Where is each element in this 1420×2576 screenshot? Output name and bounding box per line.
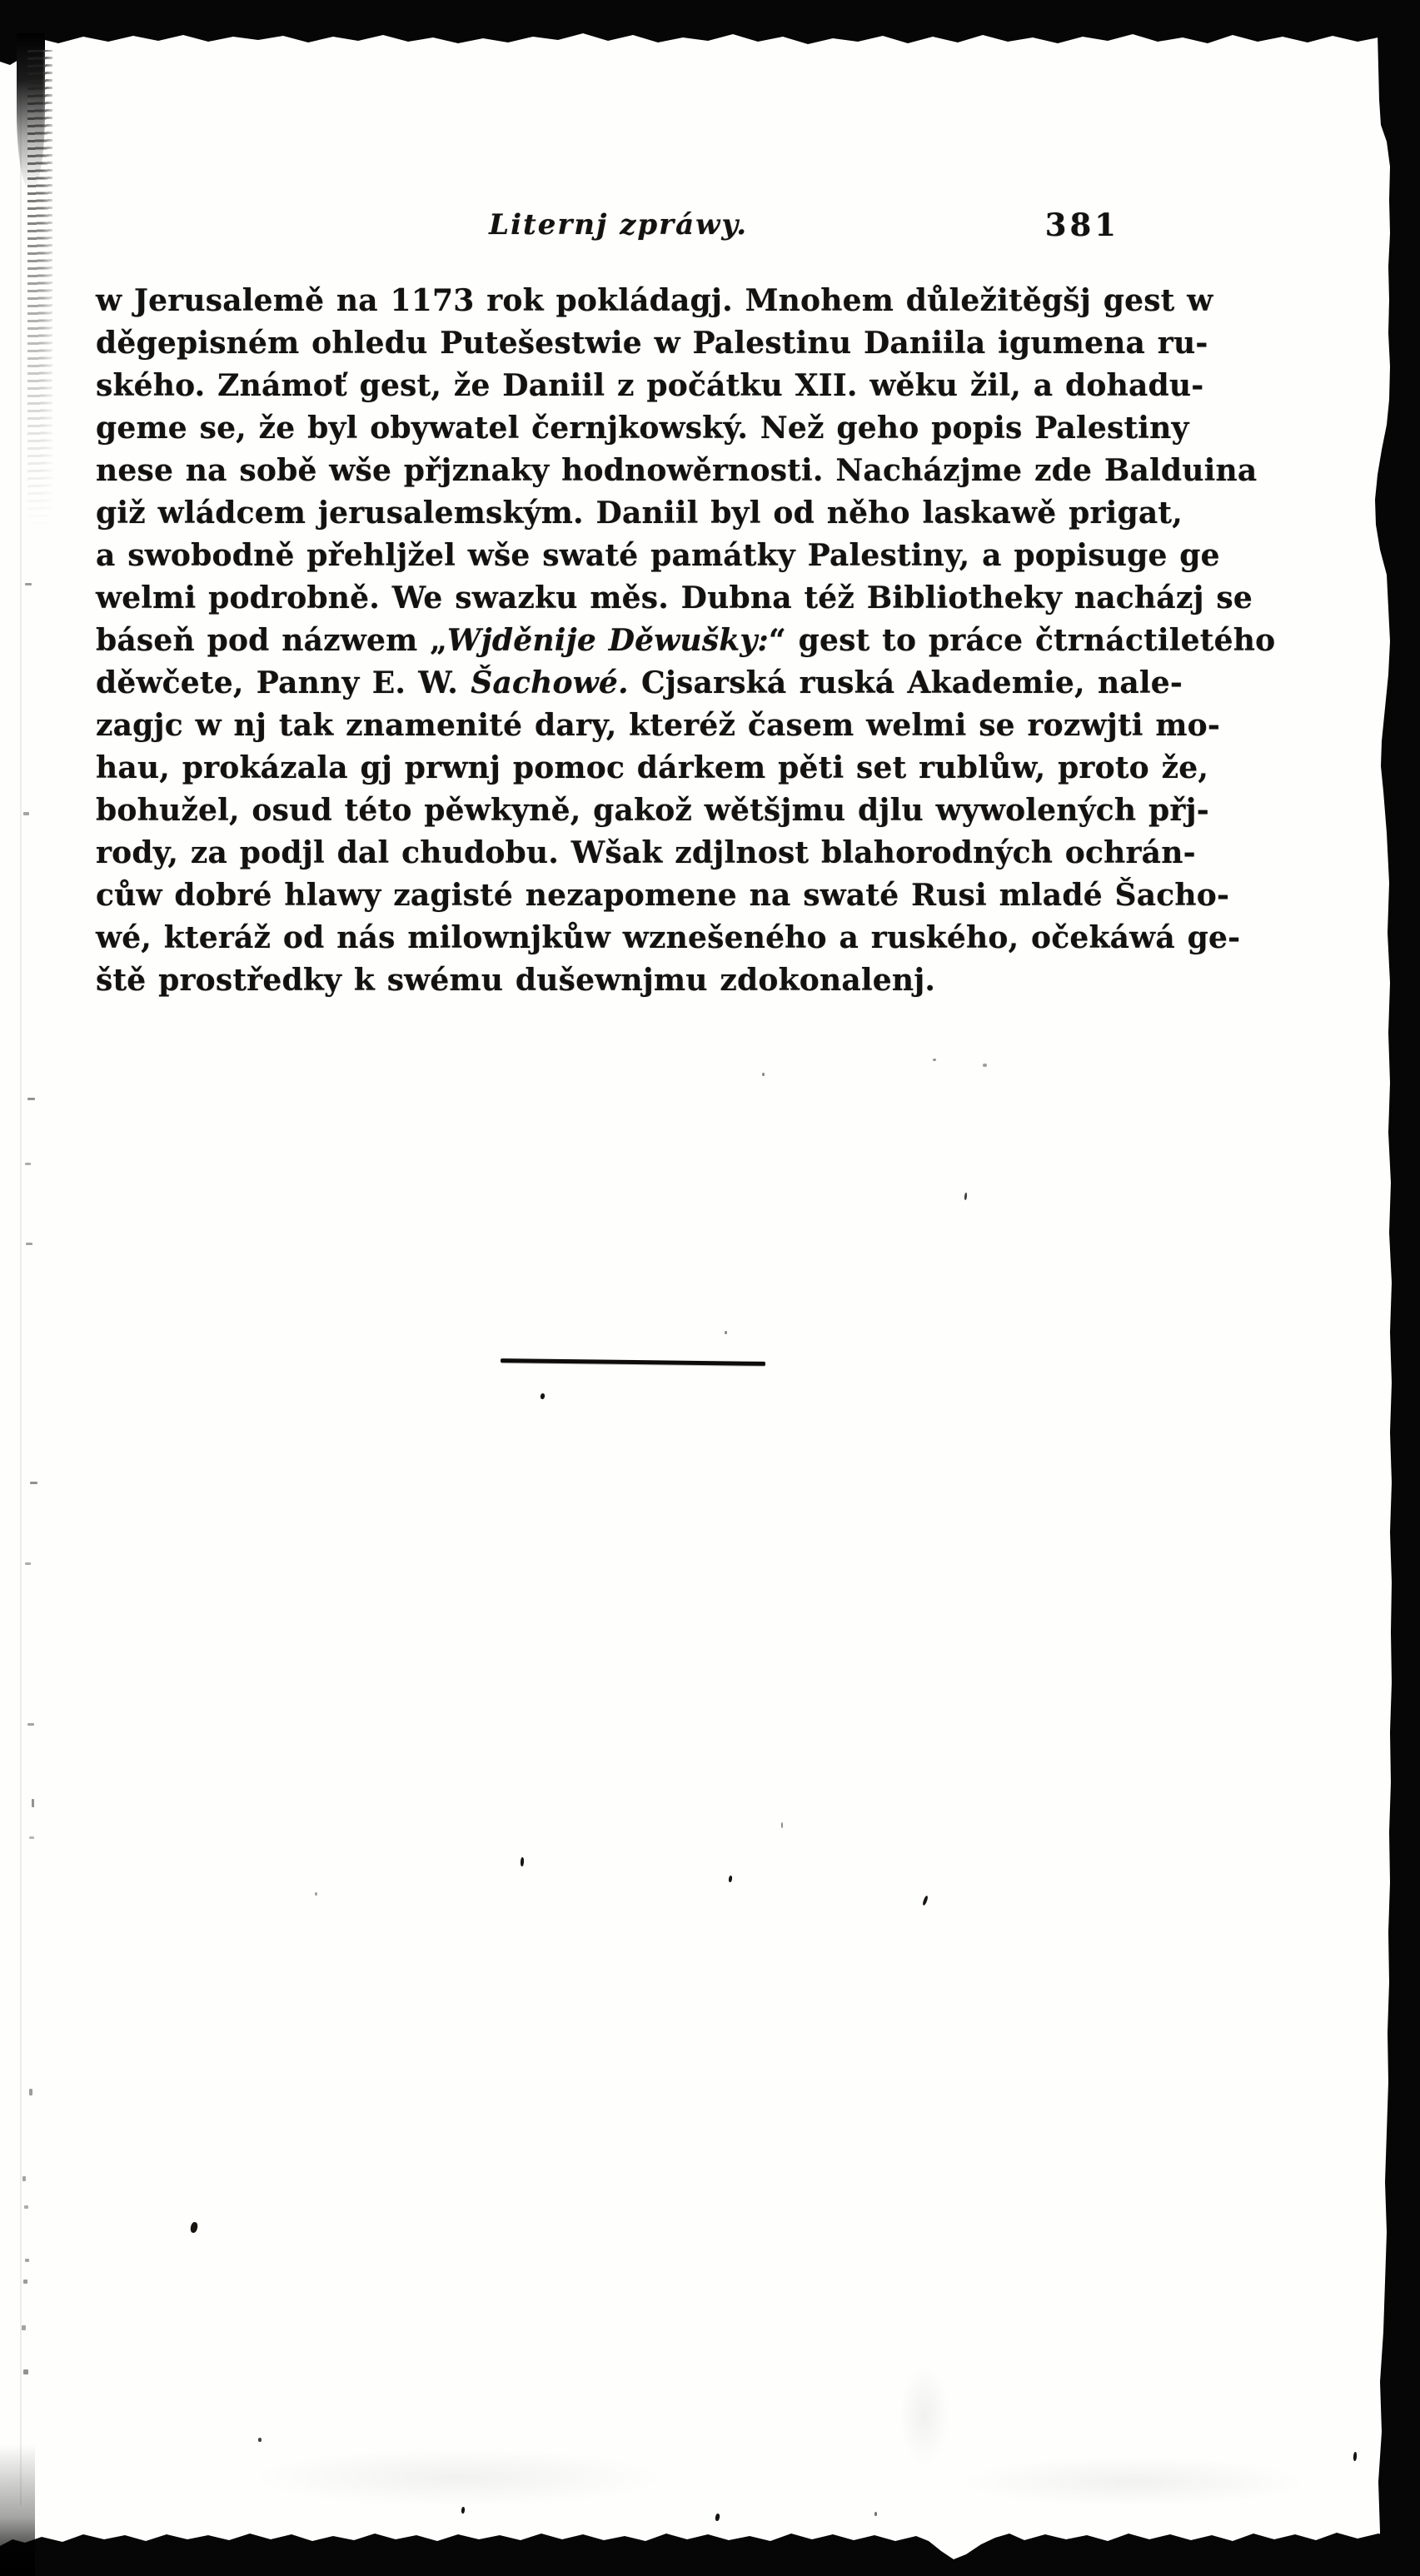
left-edge-streak	[27, 50, 52, 529]
text-line: geme se, že byl obywatel černjkowský. Ne…	[96, 407, 1183, 450]
ink-speck	[874, 2512, 877, 2516]
text-line: wé, kteráž od nás milownjkůw wznešeného …	[96, 917, 1183, 959]
page-number: 381	[1045, 207, 1119, 243]
ink-speck	[725, 1331, 727, 1334]
ink-speck	[190, 2221, 199, 2233]
text-line: ště prostředky k swému dušewnjmu zdokona…	[96, 959, 1183, 1002]
paper-smudge	[899, 2365, 949, 2465]
page-header: Liternj zpráwy. 381	[96, 208, 1183, 247]
poem-title-italic: Wjděnije Děwušky:	[447, 623, 769, 658]
ink-speck	[461, 2507, 466, 2514]
ink-speck	[964, 1193, 968, 1200]
edge-dash	[27, 1098, 35, 1100]
edge-dash	[25, 1562, 31, 1565]
text-segment: Cjsarská ruská Akademie, nale-	[629, 665, 1183, 700]
edge-dash	[29, 1836, 34, 1839]
ink-speck	[1353, 2452, 1358, 2461]
text-line: a swobodně přehljžel wše swaté památky P…	[96, 535, 1183, 577]
ink-speck	[315, 1892, 317, 1896]
text-line: welmi podrobně. We swazku měs. Dubna též…	[96, 577, 1183, 620]
ink-speck	[922, 1896, 929, 1906]
bottom-left-shadow	[0, 2444, 35, 2576]
edge-dash	[26, 1243, 32, 1245]
text-segment: báseň pod názwem „	[96, 623, 447, 658]
text-segment: “ gest to práce čtrnáctiletého	[769, 623, 1275, 658]
ink-speck	[521, 1857, 525, 1866]
ink-speck	[781, 1822, 783, 1828]
ink-speck	[258, 2438, 262, 2442]
text-line: rody, za podjl dal chudobu. Wšak zdjlnos…	[96, 832, 1183, 874]
edge-dash	[29, 2089, 32, 2095]
text-line: ského. Známoť gest, že Daniil z počátku …	[96, 365, 1183, 407]
scan-bottom-black-bar	[0, 2526, 1420, 2576]
text-line: zagjc w nj tak znamenité dary, kteréž ča…	[96, 705, 1183, 747]
edge-dash	[23, 812, 29, 815]
author-name-italic: Šachowé.	[471, 665, 628, 700]
text-line: giž wládcem jerusalemským. Daniil byl od…	[96, 492, 1183, 535]
scanned-book-page: Liternj zpráwy. 381 w Jerusalemě na 1173…	[0, 0, 1420, 2576]
edge-dash	[22, 2325, 26, 2330]
edge-dash	[22, 2176, 26, 2181]
edge-dash	[23, 2369, 28, 2374]
edge-dash	[25, 1163, 31, 1165]
text-line: cůw dobré hlawy zagisté nezapomene na sw…	[96, 874, 1183, 917]
running-title: Liternj zpráwy.	[489, 208, 748, 242]
text-line: hau, prokázala gj prwnj pomoc dárkem pět…	[96, 747, 1183, 790]
edge-dash	[25, 2259, 29, 2262]
edge-dash	[27, 1723, 34, 1726]
paper-smudge	[958, 2457, 1308, 2507]
text-line: děwčete, Panny E. W. Šachowé. Cjsarská r…	[96, 662, 1183, 705]
text-line: děgepisném ohledu Putešestwie w Palestin…	[96, 322, 1183, 365]
edge-dash	[24, 2205, 28, 2209]
scan-right-edge-bar	[1370, 0, 1420, 2576]
ink-speck	[983, 1064, 987, 1067]
section-divider	[501, 1358, 765, 1366]
edge-dash	[30, 1482, 37, 1484]
edge-dash	[25, 583, 32, 585]
left-edge-fold-line	[20, 40, 22, 2505]
ink-speck	[728, 1876, 732, 1882]
ink-speck	[762, 1073, 765, 1076]
edge-dash	[32, 1799, 34, 1807]
body-text: w Jerusalemě na 1173 rok pokládagj. Mnoh…	[96, 280, 1183, 1002]
ink-speck	[715, 2514, 720, 2522]
text-line: bohužel, osud této pěwkyně, gakož wětšjm…	[96, 790, 1183, 832]
paper-smudge	[250, 2449, 666, 2507]
text-line: nese na sobě wše přjznaky hodnowěrnosti.…	[96, 450, 1183, 492]
ink-speck	[933, 1059, 936, 1061]
edge-dash	[23, 2280, 27, 2284]
scan-top-black-bar	[0, 0, 1420, 67]
ink-speck	[540, 1393, 545, 1400]
text-line: báseň pod názwem „Wjděnije Děwušky:“ ges…	[96, 620, 1183, 662]
text-line: w Jerusalemě na 1173 rok pokládagj. Mnoh…	[96, 280, 1183, 322]
text-segment: děwčete, Panny E. W.	[96, 665, 471, 700]
